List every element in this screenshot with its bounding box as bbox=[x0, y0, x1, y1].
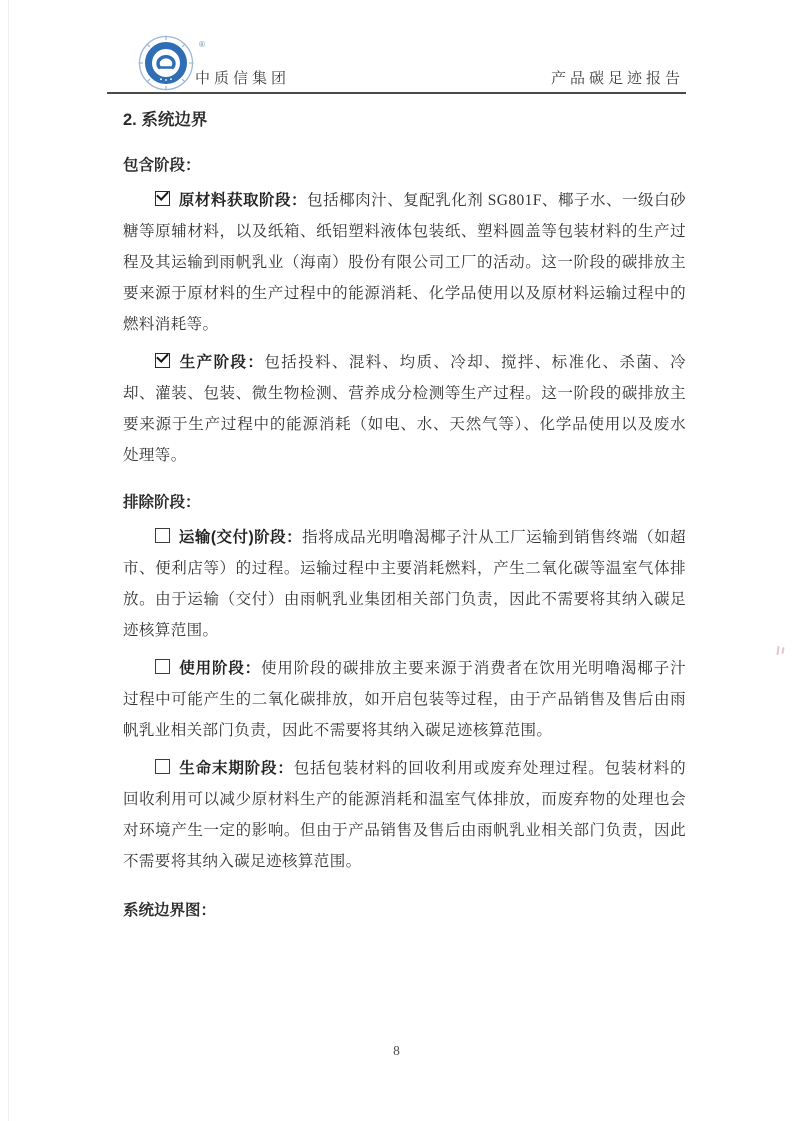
stage-text: 包括椰肉汁、复配乳化剂 SG801F、椰子水、一级白砂糖等原辅材料，以及纸箱、纸… bbox=[123, 192, 686, 333]
stage-paragraph-transport: 运输(交付)阶段：指将成品光明噜渴椰子汁从工厂运输到销售终端（如超市、便利店等）… bbox=[123, 522, 686, 646]
report-title: 产品碳足迹报告 bbox=[551, 67, 684, 88]
scan-artifact-mark bbox=[776, 645, 786, 659]
page-number: 8 bbox=[393, 1043, 400, 1058]
checkbox-checked-icon bbox=[155, 353, 170, 368]
stage-label: 生产阶段： bbox=[179, 354, 265, 371]
stage-paragraph-raw-material: 原材料获取阶段：包括椰肉汁、复配乳化剂 SG801F、椰子水、一级白砂糖等原辅材… bbox=[123, 185, 686, 340]
checkbox-unchecked-icon bbox=[155, 659, 170, 674]
page-footer: 8 bbox=[0, 1043, 793, 1059]
excluded-stages-heading: 排除阶段： bbox=[123, 491, 686, 515]
stage-paragraph-use: 使用阶段：使用阶段的碳排放主要来源于消费者在饮用光明噜渴椰子汁过程中可能产生的二… bbox=[123, 653, 686, 746]
checkbox-unchecked-icon bbox=[155, 528, 170, 543]
stage-label: 原材料获取阶段： bbox=[179, 192, 307, 209]
included-stages-heading: 包含阶段： bbox=[123, 154, 686, 178]
registered-trademark-mark: ® bbox=[199, 40, 205, 49]
stage-label: 使用阶段： bbox=[179, 660, 261, 677]
section-title: 2. 系统边界 bbox=[123, 108, 686, 132]
document-page: ® 中质信集团 产品碳足迹报告 2. 系统边界 包含阶段： 原材料获取阶段：包括… bbox=[0, 0, 793, 1121]
stage-paragraph-end-of-life: 生命末期阶段：包括包装材料的回收利用或废弃处理过程。包装材料的回收利用可以减少原… bbox=[123, 753, 686, 877]
checkbox-unchecked-icon bbox=[155, 759, 170, 774]
company-logo-icon bbox=[137, 34, 195, 92]
scan-edge-artifact bbox=[8, 0, 9, 1121]
stage-label: 生命末期阶段： bbox=[179, 760, 294, 777]
page-body: 2. 系统边界 包含阶段： 原材料获取阶段：包括椰肉汁、复配乳化剂 SG801F… bbox=[123, 108, 686, 923]
stage-label: 运输(交付)阶段： bbox=[179, 529, 302, 546]
company-name: 中质信集团 bbox=[195, 67, 290, 88]
system-boundary-diagram-heading: 系统边界图： bbox=[123, 899, 686, 923]
checkbox-checked-icon bbox=[155, 191, 170, 206]
stage-paragraph-production: 生产阶段：包括投料、混料、均质、冷却、搅拌、标准化、杀菌、冷却、灌装、包装、微生… bbox=[123, 347, 686, 471]
page-header: ® 中质信集团 产品碳足迹报告 bbox=[107, 28, 686, 94]
